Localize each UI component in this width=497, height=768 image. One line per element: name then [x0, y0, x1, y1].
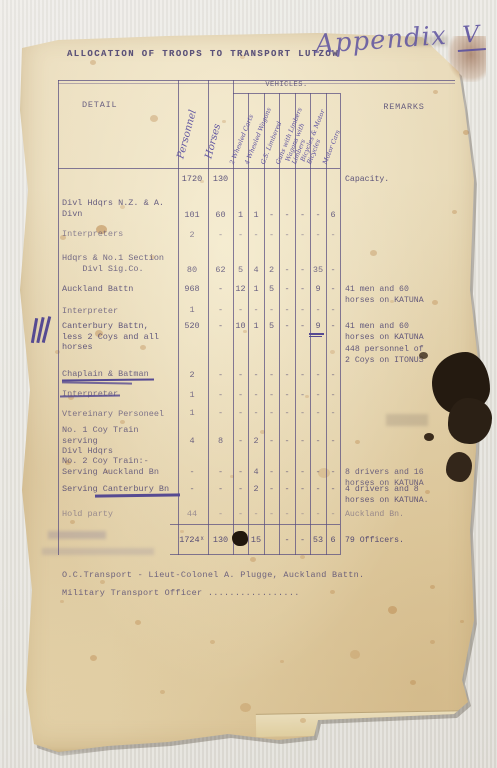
- cell-detail: Hdqrs & No.1 Section Divl Sig.Co.: [62, 253, 176, 274]
- cell-horses: 130: [208, 535, 233, 545]
- cell-horses: -: [208, 390, 233, 400]
- cell-detail: Auckland Battn: [62, 284, 176, 295]
- cell-vehicle-3: -: [279, 484, 295, 494]
- cell-vehicle-0: -: [233, 436, 248, 446]
- cell-vehicle-3: -: [279, 535, 295, 545]
- cell-horses: -: [208, 408, 233, 418]
- cell-vehicle-5: -: [310, 509, 326, 519]
- cell-vehicle-1: -: [248, 305, 264, 315]
- table-row: Canterbury Battn, less 2 Coys and all ho…: [58, 320, 455, 368]
- cell-vehicle-3: -: [279, 370, 295, 380]
- table-row: Interpreter1--------: [58, 388, 455, 408]
- cell-vehicle-5: 53: [310, 535, 326, 545]
- cell-vehicle-5: 35: [310, 265, 326, 275]
- foxing-spot: [388, 606, 397, 614]
- cell-vehicle-4: -: [295, 265, 310, 275]
- cell-vehicle-6: -: [326, 436, 340, 446]
- cell-vehicle-1: -: [248, 408, 264, 418]
- vehicles-group-header: VEHICLES.: [233, 81, 340, 89]
- cell-vehicle-2: -: [264, 370, 279, 380]
- cell-remarks: 79 Officers.: [345, 535, 453, 546]
- cell-horses: 8: [208, 436, 233, 446]
- cell-vehicle-5: -: [310, 230, 326, 240]
- cell-personnel: 101: [176, 210, 208, 220]
- cell-vehicle-3: -: [279, 390, 295, 400]
- cell-vehicle-6: -: [326, 305, 340, 315]
- table-row: No. 2 Coy Train:- Serving Auckland Bn---…: [58, 455, 455, 483]
- table-row: Interpreter1--------: [58, 305, 455, 320]
- cell-remarks: Capacity.: [345, 174, 453, 185]
- vehicle-subheader-cell: Motor Cars: [326, 93, 340, 168]
- cell-vehicle-2: 2: [264, 265, 279, 275]
- cell-vehicle-1: 1: [248, 284, 264, 294]
- oc-transport-line: O.C.Transport - Lieut-Colonel A. Plugge,…: [62, 570, 364, 580]
- cell-vehicle-0: -: [233, 230, 248, 240]
- cell-vehicle-0: 12: [233, 284, 248, 294]
- ink-blot: [419, 352, 428, 359]
- foxing-spot: [350, 650, 360, 659]
- cell-vehicle-5: -: [310, 436, 326, 446]
- cell-horses: -: [208, 509, 233, 519]
- cell-vehicle-4: -: [295, 467, 310, 477]
- cell-vehicle-5: 9: [310, 284, 326, 294]
- cell-detail: Interpreters: [62, 229, 176, 240]
- transport-officer-line: Military Transport Officer .............…: [62, 588, 300, 598]
- cell-detail: No. 2 Coy Train:- Serving Auckland Bn: [62, 456, 176, 477]
- table-row: No. 1 Coy Train serving Divl Hdqrs48-2--…: [58, 424, 455, 455]
- cell-vehicle-1: 4: [248, 467, 264, 477]
- cell-personnel: 2: [176, 230, 208, 240]
- cell-vehicle-2: 5: [264, 284, 279, 294]
- cell-vehicle-0: -: [233, 305, 248, 315]
- cell-horses: 130: [208, 174, 233, 184]
- cell-vehicle-0: -: [233, 390, 248, 400]
- cell-vehicle-3: -: [279, 230, 295, 240]
- cell-vehicle-0: -: [233, 408, 248, 418]
- cell-vehicle-6: 6: [326, 210, 340, 220]
- cell-vehicle-1: -: [248, 390, 264, 400]
- cell-vehicle-3: -: [279, 210, 295, 220]
- cell-personnel: 968: [176, 284, 208, 294]
- cell-vehicle-4: -: [295, 408, 310, 418]
- ink-blot: [424, 433, 434, 441]
- allocation-table: DETAIL VEHICLES. REMARKS Personnel Horse…: [58, 80, 455, 555]
- cell-personnel: -: [176, 467, 208, 477]
- cell-personnel: 1720: [176, 174, 208, 184]
- table-row: Auckland Battn968-1215--9-41 men and 60 …: [58, 283, 455, 305]
- cell-vehicle-6: -: [326, 321, 340, 331]
- document-title: ALLOCATION OF TROOPS TO TRANSPORT LUTZOW: [67, 49, 339, 59]
- cell-vehicle-4: -: [295, 370, 310, 380]
- appendix-numeral: V: [456, 21, 487, 52]
- cell-remarks: 4 drivers and 8 horses on KATUNA.: [345, 484, 453, 507]
- cell-horses: -: [208, 467, 233, 477]
- cell-vehicle-1: 2: [248, 484, 264, 494]
- cell-vehicle-5: -: [310, 390, 326, 400]
- cell-vehicle-1: 1: [248, 210, 264, 220]
- cell-detail: Canterbury Battn, less 2 Coys and all ho…: [62, 321, 176, 353]
- table-row: Interpreters2--------: [58, 228, 455, 252]
- cell-personnel: 1: [176, 305, 208, 315]
- cell-vehicle-0: -: [233, 370, 248, 380]
- cell-vehicle-6: -: [326, 467, 340, 477]
- cell-vehicle-4: -: [295, 390, 310, 400]
- cell-vehicle-3: -: [279, 467, 295, 477]
- cell-vehicle-5: -: [310, 467, 326, 477]
- cell-remarks: Auckland Bn.: [345, 509, 453, 520]
- cell-horses: -: [208, 484, 233, 494]
- cell-horses: -: [208, 230, 233, 240]
- cell-vehicle-4: -: [295, 305, 310, 315]
- table-row: Hdqrs & No.1 Section Divl Sig.Co.8062542…: [58, 252, 455, 283]
- cell-vehicle-2: -: [264, 390, 279, 400]
- cell-vehicle-0: -: [233, 484, 248, 494]
- cell-vehicle-2: 5: [264, 321, 279, 331]
- table-header: DETAIL VEHICLES. REMARKS Personnel Horse…: [58, 80, 455, 168]
- cell-vehicle-6: -: [326, 408, 340, 418]
- cell-vehicle-0: -: [233, 509, 248, 519]
- personnel-column-header: Personnel: [175, 109, 199, 160]
- cell-vehicle-1: -: [248, 370, 264, 380]
- cell-vehicle-0: 5: [233, 265, 248, 275]
- cell-vehicle-2: -: [264, 484, 279, 494]
- cell-personnel: 44: [176, 509, 208, 519]
- cell-vehicle-0: 10: [233, 321, 248, 331]
- detail-column-header: DETAIL: [82, 100, 117, 110]
- cell-personnel: 2: [176, 370, 208, 380]
- cell-horses: 62: [208, 265, 233, 275]
- cell-vehicle-6: -: [326, 370, 340, 380]
- cell-detail: Interpreter: [62, 306, 176, 317]
- cell-personnel: 4: [176, 436, 208, 446]
- cell-vehicle-1: -: [248, 230, 264, 240]
- cell-vehicle-4: -: [295, 284, 310, 294]
- cell-vehicle-2: -: [264, 230, 279, 240]
- cell-detail: Divl Hdqrs N.Z. & A. Divn: [62, 198, 176, 219]
- table-row: 1720130Capacity.: [58, 168, 455, 197]
- cell-vehicle-4: -: [295, 321, 310, 331]
- cell-vehicle-1: 1: [248, 321, 264, 331]
- cell-vehicle-2: -: [264, 305, 279, 315]
- table-row: 1724ˣ1302815--53679 Officers.: [58, 530, 455, 555]
- cell-vehicle-6: -: [326, 265, 340, 275]
- cell-remarks: 41 men and 60 horses on KATUNA 448 perso…: [345, 321, 453, 366]
- vehicle-subheaders: 2 Wheeled Carts4 Wheeled WagonsG.S. Limb…: [233, 93, 340, 168]
- cell-vehicle-5: 9: [310, 321, 326, 331]
- cell-personnel: 1724ˣ: [176, 535, 208, 545]
- cell-vehicle-0: 1: [233, 210, 248, 220]
- table-row: Hold party44--------Auckland Bn.: [58, 508, 455, 530]
- cell-vehicle-2: -: [264, 467, 279, 477]
- cell-vehicle-3: -: [279, 265, 295, 275]
- cell-vehicle-5: -: [310, 305, 326, 315]
- cell-vehicle-4: -: [295, 230, 310, 240]
- cell-vehicle-3: -: [279, 321, 295, 331]
- remarks-column-header: REMARKS: [354, 102, 454, 112]
- cell-detail: Hold party: [62, 509, 176, 520]
- figure-underline: [309, 333, 324, 335]
- cell-vehicle-4: -: [295, 210, 310, 220]
- cell-vehicle-2: -: [264, 408, 279, 418]
- figure-underline: [309, 336, 322, 337]
- cell-vehicle-6: -: [326, 284, 340, 294]
- foxing-spot: [90, 655, 97, 661]
- cell-vehicle-6: -: [326, 484, 340, 494]
- cell-horses: -: [208, 284, 233, 294]
- cell-horses: -: [208, 321, 233, 331]
- cell-vehicle-3: -: [279, 305, 295, 315]
- cell-horses: -: [208, 370, 233, 380]
- table-row: Vtereinary Personeel1--------: [58, 408, 455, 424]
- cell-vehicle-4: -: [295, 535, 310, 545]
- cell-vehicle-1: 2: [248, 436, 264, 446]
- cell-personnel: -: [176, 484, 208, 494]
- cell-vehicle-5: -: [310, 484, 326, 494]
- cell-vehicle-2: -: [264, 509, 279, 519]
- table-row: Divl Hdqrs N.Z. & A. Divn1016011----6: [58, 197, 455, 228]
- cell-personnel: 1: [176, 408, 208, 418]
- scanned-document-page: ALLOCATION OF TROOPS TO TRANSPORT LUTZOW…: [0, 0, 497, 768]
- cell-vehicle-5: -: [310, 408, 326, 418]
- cell-vehicle-5: -: [310, 210, 326, 220]
- cell-vehicle-0: -: [233, 467, 248, 477]
- cell-vehicle-4: -: [295, 436, 310, 446]
- appendix-word: Appendix: [314, 21, 448, 60]
- cell-detail: No. 1 Coy Train serving Divl Hdqrs: [62, 425, 176, 457]
- ink-blot-on-total: [232, 531, 248, 546]
- cell-vehicle-1: 4: [248, 265, 264, 275]
- bottom-fold: [256, 710, 468, 737]
- cell-vehicle-6: -: [326, 390, 340, 400]
- cell-personnel: 520: [176, 321, 208, 331]
- cell-vehicle-1: 15: [248, 535, 264, 545]
- ink-blot: [446, 452, 472, 482]
- cell-vehicle-3: -: [279, 509, 295, 519]
- cell-horses: 60: [208, 210, 233, 220]
- cell-vehicle-6: 6: [326, 535, 340, 545]
- cell-personnel: 80: [176, 265, 208, 275]
- ink-blot: [448, 398, 492, 444]
- cell-vehicle-4: -: [295, 509, 310, 519]
- cell-vehicle-2: -: [264, 436, 279, 446]
- horses-column-header: Horses: [203, 123, 223, 160]
- cell-vehicle-6: -: [326, 230, 340, 240]
- vehicle-column-label: Motor Cars: [323, 102, 354, 166]
- cell-vehicle-5: -: [310, 370, 326, 380]
- cell-horses: -: [208, 305, 233, 315]
- cell-detail: Vtereinary Personeel: [62, 409, 176, 420]
- cell-vehicle-1: -: [248, 509, 264, 519]
- cell-vehicle-3: -: [279, 436, 295, 446]
- cell-vehicle-3: -: [279, 284, 295, 294]
- cell-personnel: 1: [176, 390, 208, 400]
- cell-remarks: 41 men and 60 horses on KATUNA: [345, 284, 453, 307]
- cell-vehicle-2: -: [264, 210, 279, 220]
- cell-vehicle-4: -: [295, 484, 310, 494]
- cell-vehicle-6: -: [326, 509, 340, 519]
- cell-vehicle-3: -: [279, 408, 295, 418]
